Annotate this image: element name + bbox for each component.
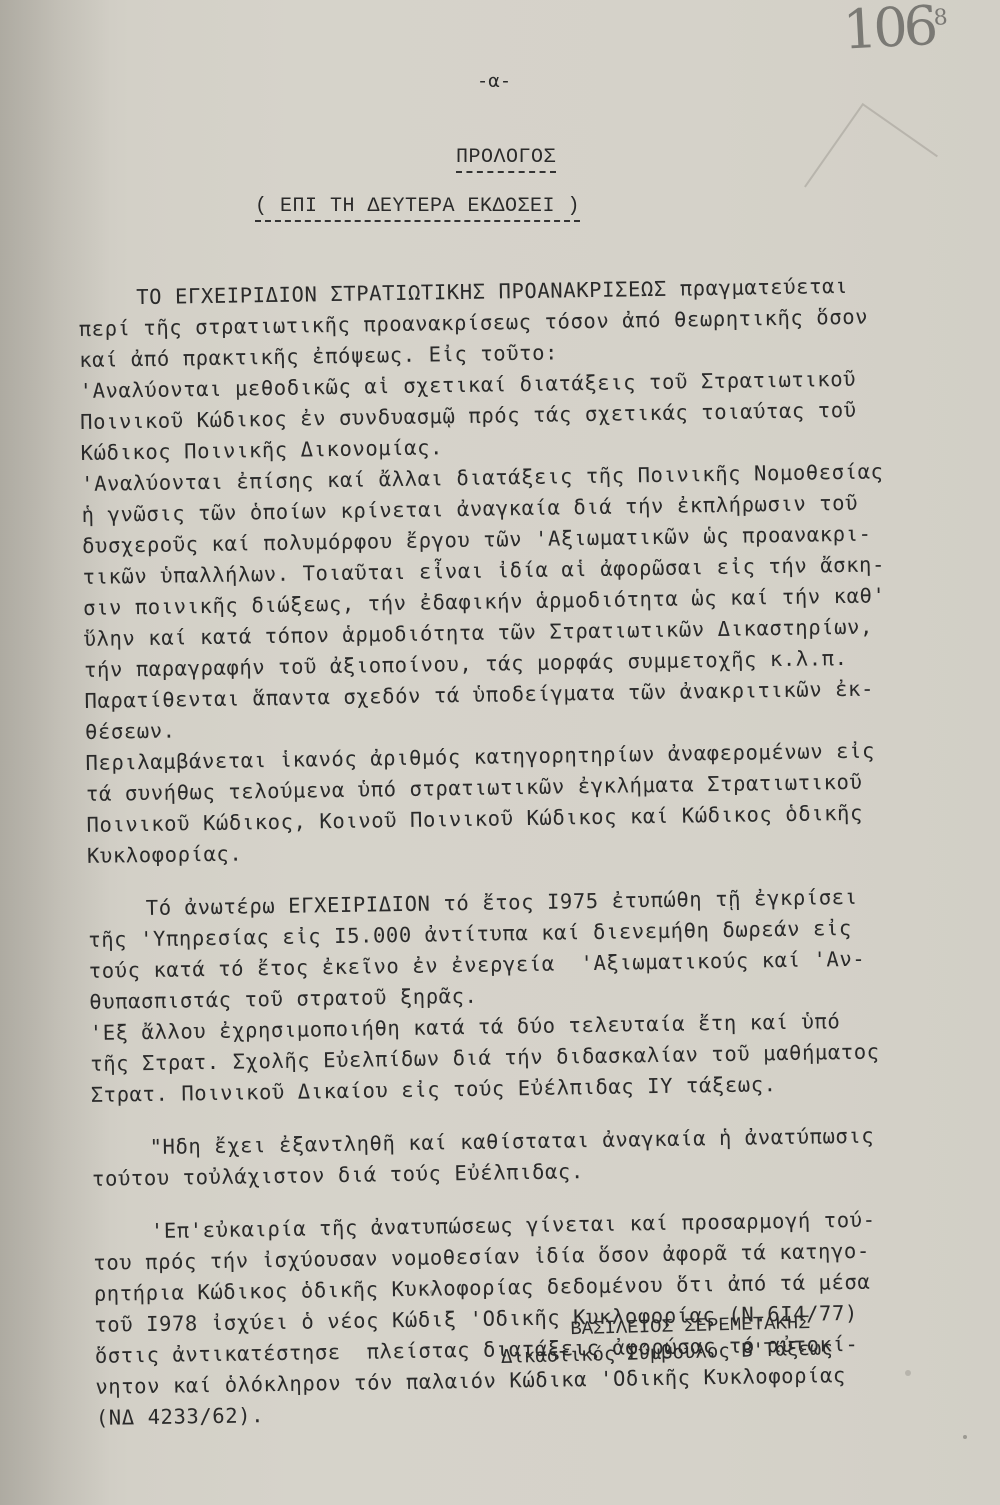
page-subtitle-text: ( ΕΠΙ ΤΗ ΔΕΥΤΕΡΑ ΕΚΔΟΣΕΙ ) (255, 195, 580, 222)
handwritten-superscript: 8 (933, 5, 944, 30)
pencil-mark (804, 103, 938, 239)
scanned-document-page: 1068 -α- ΠΡΟΛΟΓΟΣ ( ΕΠΙ ΤΗ ΔΕΥΤΕΡΑ ΕΚΔΟΣ… (0, 0, 1000, 1505)
paper-speck (963, 1435, 967, 1439)
page-marker-text: -α- (477, 70, 511, 92)
paper-speck (905, 1370, 911, 1376)
paper-speck (430, 1290, 434, 1294)
page-subtitle: ( ΕΠΙ ΤΗ ΔΕΥΤΕΡΑ ΕΚΔΟΣΕΙ ) (255, 195, 580, 218)
page-marker: -α- (0, 70, 1000, 92)
signature-block: ΒΑΣΙΛΕΙΟΣ ΣΕΡΕΜΕΤΑΚΗΣ Δικαστικός Σύμβουλ… (500, 1309, 833, 1370)
handwritten-number-text: 106 (841, 0, 935, 62)
page-title: ΠΡΟΛΟΓΟΣ (0, 143, 1000, 169)
paragraph: ΤΟ ΕΓΧΕΙΡΙΔΙΟΝ ΣΤΡΑΤΙΩΤΙΚΗΣ ΠΡΟΑΝΑΚΡΙΣΕΩ… (78, 269, 947, 871)
paragraph: Τό ἀνωτέρω ΕΓΧΕΙΡΙΔΙΟΝ τό ἔτος Ι975 ἐτυπ… (88, 880, 951, 1110)
handwritten-page-number: 1068 (841, 0, 945, 62)
document-body: ΤΟ ΕΓΧΕΙΡΙΔΙΟΝ ΣΤΡΑΤΙΩΤΙΚΗΣ ΠΡΟΑΝΑΚΡΙΣΕΩ… (78, 269, 956, 1433)
page-title-text: ΠΡΟΛΟΓΟΣ (456, 146, 556, 173)
